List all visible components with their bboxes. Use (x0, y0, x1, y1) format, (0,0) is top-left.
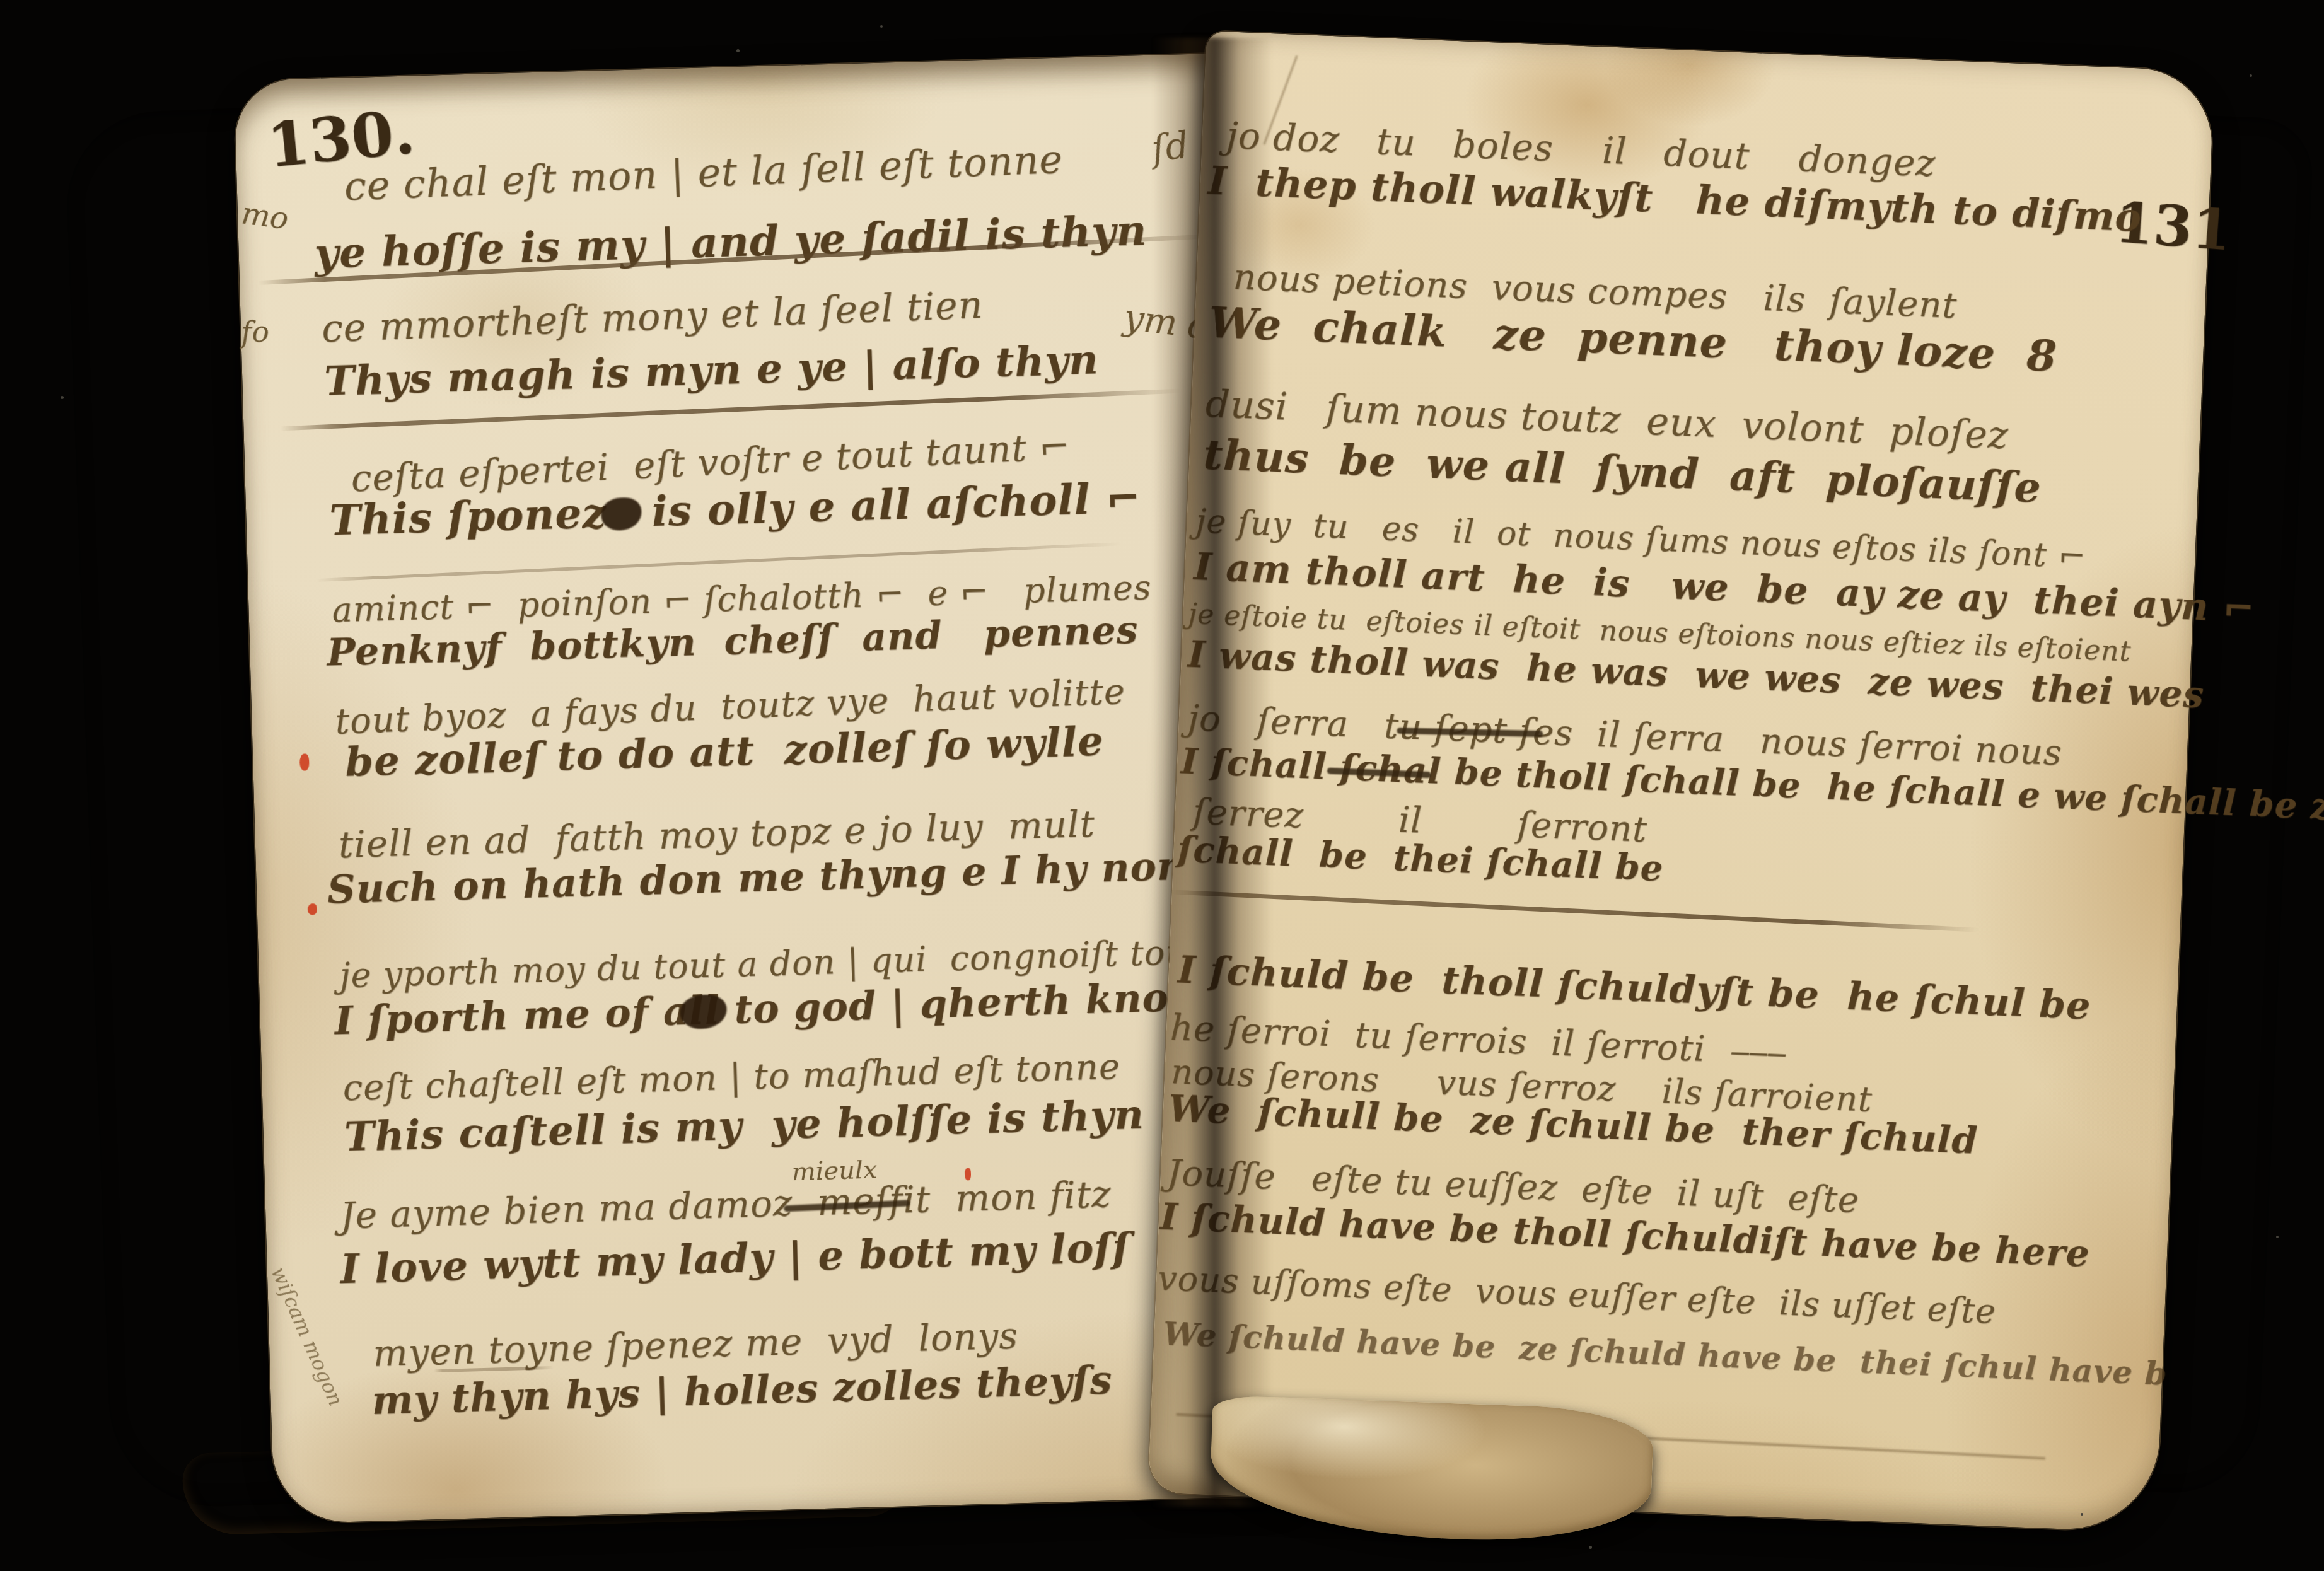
margin-mark: mo (240, 195, 291, 236)
rubric-mark (308, 903, 317, 915)
dust-speck (2081, 1513, 2083, 1516)
rubric-mark (965, 1168, 972, 1180)
dust-speck (880, 25, 883, 28)
right-page: 131 jo doz tu boles il dout dongez I the… (1148, 31, 2215, 1533)
crumpled-page-bottom (1208, 1395, 1654, 1546)
margin-mark: fo (240, 315, 269, 349)
ruled-divider (1172, 890, 1978, 932)
manuscript-line: I love wytt my lady | e bott my loſſ (340, 1224, 1131, 1293)
left-page: 130. mo ce chal eſt mon | et la ſell eſt… (234, 52, 1289, 1524)
dust-speck (2276, 1236, 2279, 1238)
manuscript-line: ce mmortheſt mony et la ſeel tien (321, 283, 984, 351)
manuscript-line: We ſchuld have be ze ſchuld have be thei… (1163, 1315, 2168, 1393)
manuscript-line: ye hoſſe is my | and ye ſadil is thyn (314, 206, 1148, 278)
dust-speck (736, 49, 740, 52)
dust-speck (61, 396, 64, 399)
book-gutter-shadow (1153, 38, 1272, 1507)
manuscript-photo: 130. mo ce chal eſt mon | et la ſell eſt… (0, 0, 2324, 1571)
dust-speck (1589, 1546, 1592, 1549)
corner-marginalia: wiſcam mogon (266, 1263, 348, 1410)
dust-speck (2250, 74, 2252, 77)
rubric-mark (299, 753, 310, 770)
interlinear-correction: mieulx (791, 1155, 878, 1186)
manuscript-line: ce chal eſt mon | et la ſell eſt tonne (343, 136, 1064, 210)
